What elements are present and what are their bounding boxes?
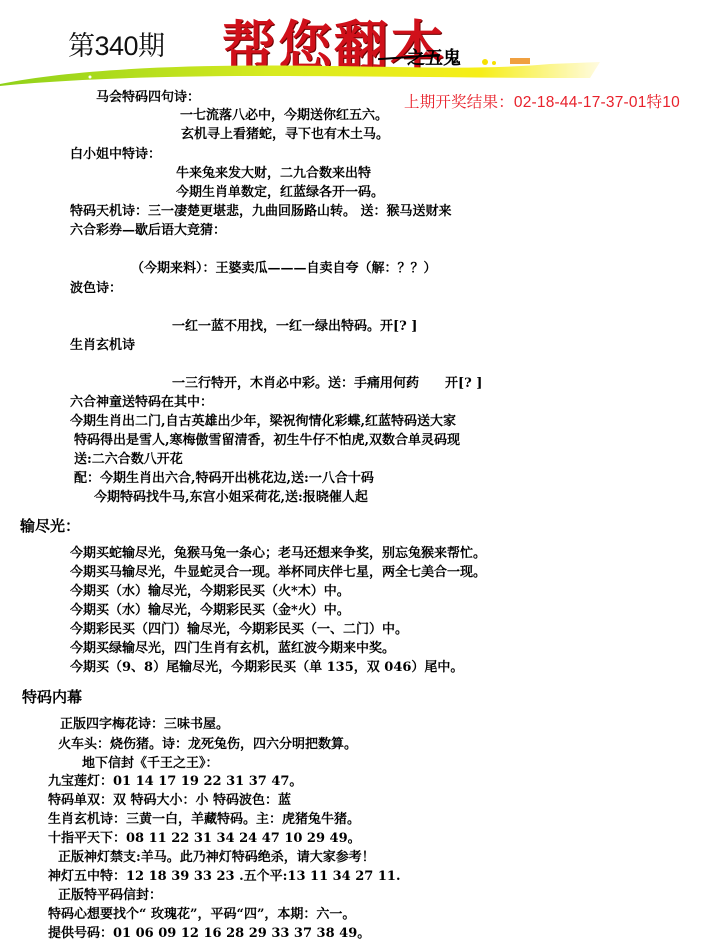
shujinguang-line-7: 今期买（9、8）尾输尽光，今期彩民买（单 135，双 046）尾中。 [70, 658, 463, 677]
temaneimu-line-6: 生肖玄机诗：三黄一白，羊藏特码。主：虎猪兔牛猪。 [48, 810, 360, 829]
last-draw-result: 上期开奖结果：02-18-44-17-37-01特10 [404, 90, 680, 112]
section-title-shujinguang: 输尽光： [20, 515, 80, 536]
bai-line-2: 今期生肖单数定，红蓝绿各开一码。 [176, 183, 384, 202]
temaneimu-line-8: 正版神灯禁支:羊马。此乃神灯特码绝杀，请大家参考！ [58, 848, 375, 867]
shentong-line-5: 今期特码找牛马,东宫小姐采荷花,送:报晓催人起 [94, 488, 368, 507]
temaneimu-line-7: 十指平天下：08 11 22 31 34 24 47 10 29 49。 [48, 829, 361, 848]
temaneimu-line-5: 特码单双：双 特码大小：小 特码波色：蓝 [48, 791, 291, 810]
liuhe-line: （今期来料）：王婆卖瓜———自卖自夸（解：？？） [131, 259, 437, 278]
bose-line: 一红一蓝不用找，一红一绿出特码。开[? ] [172, 317, 417, 336]
last-draw-label: 上期开奖结果： [404, 94, 514, 111]
shentong-line-3: 送:二六合数八开花 [74, 450, 183, 469]
temaneimu-line-2: 火车头：烧伤猪。诗：龙死兔伤，四六分明把数算。 [58, 735, 357, 754]
temaneimu-line-9: 神灯五中特：12 18 39 33 23 .五个平:13 11 34 27 11… [48, 867, 401, 886]
bai-line-1: 牛来兔来发大财，二九合数来出特 [176, 164, 371, 183]
bai-title: 白小姐中特诗： [70, 145, 161, 164]
temaneimu-line-3: 地下信封《千王之王》： [82, 754, 219, 773]
bose-title: 波色诗： [70, 279, 122, 298]
shujinguang-line-5: 今期彩民买（四门）输尽光，今期彩民买（一、二门）中。 [70, 620, 408, 639]
shujinguang-line-1: 今期买蛇输尽光，兔猴马兔一条心；老马还想来争奖，别忘兔猴来帮忙。 [70, 544, 486, 563]
liuhe-title: 六合彩券—歇后语大竞猜： [70, 221, 226, 240]
temaneimu-line-10: 正版特平码信封： [58, 886, 162, 905]
temaneimu-line-1: 正版四字梅花诗：三味书屋。 [60, 715, 229, 734]
section-title-temaneimu: 特码内幕 [22, 686, 82, 707]
shujinguang-line-4: 今期买（水）输尽光，今期彩民买（金*火）中。 [70, 601, 350, 620]
shentong-line-4: 配：今期生肖出六合,特码开出桃花边,送:一八合十码 [74, 469, 374, 488]
shengxiao-line: 一三行特开，木肖必中彩。送：手痛用何药 开[? ] [172, 374, 482, 393]
shentong-title: 六合神童送特码在其中： [70, 393, 213, 412]
mahui-title: 马会特码四句诗： [96, 88, 200, 107]
shujinguang-line-6: 今期买绿输尽光，四门生肖有玄机，蓝红波今期来中奖。 [70, 639, 395, 658]
mahui-line-1: 一七流落八必中，今期送你红五六。 [180, 106, 388, 125]
shengxiao-title: 生肖玄机诗 [70, 336, 135, 355]
decorative-banner [0, 56, 600, 86]
mahui-line-2: 玄机寻上看猪蛇，寻下也有木土马。 [181, 125, 389, 144]
last-draw-value: 02-18-44-17-37-01特10 [514, 94, 680, 111]
shujinguang-line-2: 今期买马输尽光，牛显蛇灵合一现。举杯同庆伴七星，两全七美合一现。 [70, 563, 486, 582]
tianji-poem: 特码天机诗：三一凄楚更堪悲，九曲回肠路山转。 送：猴马送财来 [70, 202, 452, 221]
temaneimu-line-11: 特码心想要找个“ 玫瑰花”，平码“四”，本期：六一。 [48, 905, 355, 924]
temaneimu-line-12: 提供号码：01 06 09 12 16 28 29 33 37 38 49。 [48, 924, 370, 942]
shentong-line-2: 特码得出是雪人,寒梅傲雪留清香，初生牛仔不怕虎,双数合单灵码现 [74, 431, 460, 450]
temaneimu-line-4: 九宝莲灯：01 14 17 19 22 31 37 47。 [48, 772, 302, 791]
shujinguang-line-3: 今期买（水）输尽光，今期彩民买（火*木）中。 [70, 582, 350, 601]
shentong-line-1: 今期生肖出二门,自古英雄出少年，梁祝徇情化彩蝶,红蓝特码送大家 [70, 412, 456, 431]
